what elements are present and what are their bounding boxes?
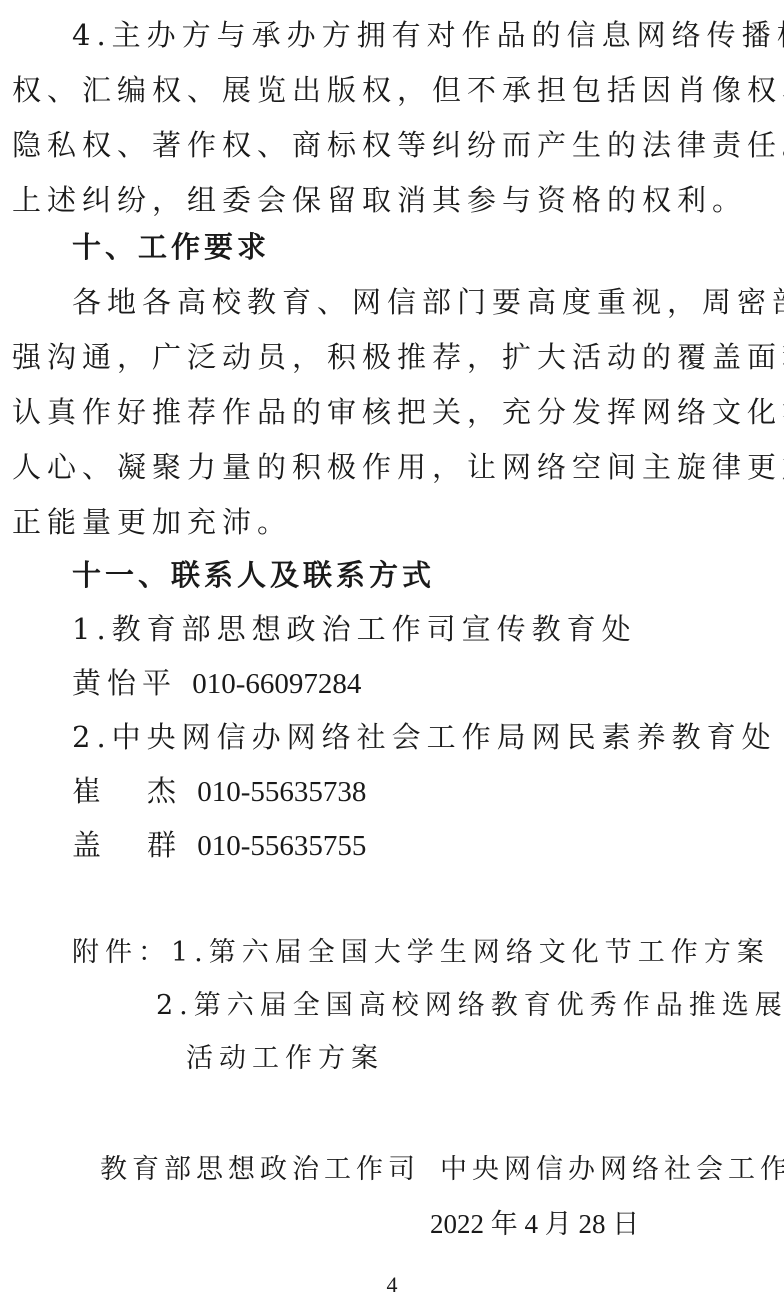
contact-name-last: 群 bbox=[147, 828, 182, 862]
section-10-line-2: 强沟通，广泛动员，积极推荐，扩大活动的覆盖面和影响力， bbox=[12, 339, 772, 375]
contact-person-1: 黄怡平 010-66097284 bbox=[72, 665, 784, 701]
contact-name-first: 崔 bbox=[72, 774, 107, 808]
paragraph-4-line-3: 隐私权、著作权、商标权等纠纷而产生的法律责任。如出现 bbox=[12, 127, 772, 163]
attachment-item-1: 1.第六届全国大学生网络文化节工作方案 bbox=[171, 937, 770, 968]
attachments-line-1: 附件：1.第六届全国大学生网络文化节工作方案 bbox=[72, 935, 784, 971]
section-10-heading: 十、工作要求 bbox=[72, 229, 784, 265]
signature-org-1: 教育部思想政治工作司 bbox=[100, 1154, 420, 1185]
signature-orgs: 教育部思想政治工作司中央网信办网络社会工作局 bbox=[100, 1152, 784, 1188]
section-10-line-5: 正能量更加充沛。 bbox=[12, 504, 772, 540]
paragraph-4-line-2: 权、汇编权、展览出版权，但不承担包括因肖像权、名誉权、 bbox=[12, 72, 772, 108]
page-number: 4 bbox=[0, 1272, 784, 1298]
section-11-heading: 十一、联系人及联系方式 bbox=[72, 557, 784, 593]
attachment-item-2: 2.第六届全国高校网络教育优秀作品推选展示 bbox=[156, 988, 784, 1024]
signature-date: 2022 年 4 月 28 日 bbox=[430, 1206, 784, 1242]
section-10-line-1: 各地各高校教育、网信部门要高度重视，周密部署，加 bbox=[72, 284, 784, 320]
contact-department-2: 2.中央网信办网络社会工作局网民素养教育处 bbox=[72, 719, 784, 755]
contact-phone: 010-55635738 bbox=[197, 776, 366, 808]
attachments-label: 附件： bbox=[72, 937, 171, 968]
contact-phone: 010-66097284 bbox=[192, 668, 361, 700]
section-10-line-4: 人心、凝聚力量的积极作用，让网络空间主旋律更加高昂、 bbox=[12, 449, 772, 485]
attachment-item-2-continued: 活动工作方案 bbox=[186, 1041, 784, 1077]
contact-person-3: 盖群 010-55635755 bbox=[72, 827, 784, 863]
contact-phone: 010-55635755 bbox=[197, 830, 366, 862]
paragraph-4-line-4: 上述纠纷，组委会保留取消其参与资格的权利。 bbox=[12, 182, 772, 218]
paragraph-4-line-1: 4.主办方与承办方拥有对作品的信息网络传播权、改编 bbox=[72, 17, 784, 53]
contact-person-2: 崔杰 010-55635738 bbox=[72, 773, 784, 809]
section-10-line-3: 认真作好推荐作品的审核把关，充分发挥网络文化活动滋养 bbox=[12, 394, 772, 430]
contact-department-1: 1.教育部思想政治工作司宣传教育处 bbox=[72, 611, 784, 647]
contact-name-last: 杰 bbox=[147, 774, 182, 808]
contact-name: 黄怡平 bbox=[72, 666, 177, 700]
contact-name-first: 盖 bbox=[72, 828, 107, 862]
signature-org-2: 中央网信办网络社会工作局 bbox=[440, 1154, 784, 1185]
